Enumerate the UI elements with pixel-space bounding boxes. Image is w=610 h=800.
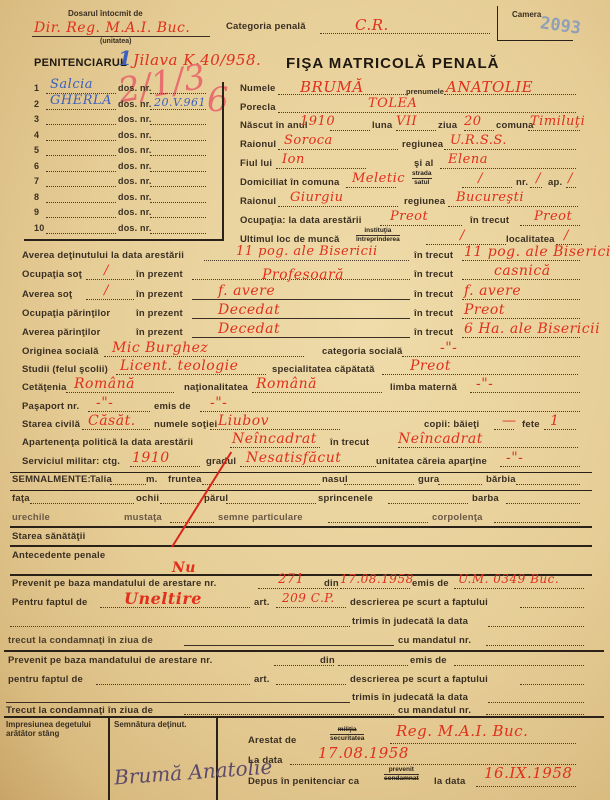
identity-domiciliu-comuna-line [346, 187, 396, 188]
fingerprint-box-divider [108, 716, 110, 800]
mandate2-din-label: din [320, 655, 335, 666]
social-origine-line [104, 356, 304, 357]
wealth-row-1-prezent[interactable]: Profesoară [262, 267, 344, 283]
social-militar-label: Serviciul militar: ctg. [22, 456, 120, 467]
social-sotie[interactable]: Liubov [218, 413, 269, 429]
identity-comuna[interactable]: Timiluţi [530, 114, 585, 129]
identity-si-al-label: şi al [414, 158, 434, 169]
semnalmente-line [30, 503, 134, 504]
mandate2-art-label: art. [254, 674, 270, 685]
social-gradul-line [240, 466, 376, 467]
wealth-row-2-trecut[interactable]: f. avere [464, 283, 521, 299]
dossier-number: 9 [34, 207, 39, 217]
wealth-row-3-trecut[interactable]: Preot [464, 302, 505, 318]
mandate1-emis-line [454, 588, 584, 589]
mandate1-faptul[interactable]: Uneltire [124, 589, 202, 608]
dossier-number: 4 [34, 130, 39, 140]
dossier-dos-line [150, 171, 206, 172]
dossier-dos-line [150, 155, 206, 156]
social-emis-line [200, 411, 580, 412]
numele-value[interactable]: BRUMĂ [300, 78, 364, 96]
social-politica-line [230, 447, 320, 448]
social-nationalitatea-line [252, 392, 382, 393]
social-studii-line [116, 374, 266, 375]
wealth-row-2-prezent[interactable]: f. avere [218, 283, 275, 299]
semnalmente-barbia: bărbia [486, 474, 516, 485]
social-fete-line [544, 429, 576, 430]
mandate1-din[interactable]: 17.08.1958 [340, 572, 414, 586]
wealth-row-0-trecut-line [462, 260, 580, 261]
dossier-dos-label: dos. nr. [118, 114, 152, 124]
mandate2-mandatul-label: cu mandatul nr. [398, 705, 471, 716]
identity-strada[interactable]: / [478, 171, 483, 186]
categoria-label: Categoria penală [226, 21, 306, 32]
dosar-label: Dosarul întocmit de [68, 9, 143, 18]
social-categoria-line [402, 356, 580, 357]
dossier-dos-label: dos. nr. [118, 130, 152, 140]
wealth-row-1-trecut-label: în trecut [414, 269, 453, 280]
wealth-row-4-prezent[interactable]: Decedat [218, 321, 280, 337]
identity-regiunea-line [444, 149, 576, 150]
semnalmente-line [388, 503, 468, 504]
social-specialitatea-line [382, 374, 578, 375]
identity-anul-line [330, 130, 370, 131]
margin-number-2: 6 [207, 80, 229, 120]
social-baieti-line [494, 429, 514, 430]
mandate2-mandatul-line [486, 714, 584, 715]
mandate1-descrierea-line [520, 607, 584, 608]
mandate1-trecut-line [184, 645, 394, 646]
social-unitatea-line [500, 466, 580, 467]
identity-mama-line [440, 168, 576, 169]
semnalmente-line [344, 484, 414, 485]
mandate1-art-line [276, 607, 346, 608]
porecla-label: Porecla [240, 102, 276, 113]
social-pasaport[interactable]: -"- [96, 395, 113, 411]
semnalmente-mustata: mustaţa [124, 512, 162, 523]
camera-label: Camera [512, 10, 541, 19]
social-ctg-line [130, 466, 200, 467]
depus-fraction: prevenit condamnat [384, 766, 419, 783]
mandate2-descrierea-label: descrierea pe scurt a faptului [350, 674, 488, 685]
semnalmente-parul: părul [204, 493, 228, 504]
semnalmente-urechile: urechile [12, 512, 50, 523]
identity-ocupatia-trecut-line [520, 225, 580, 226]
dossier-dos-label: dos. nr. [118, 176, 152, 186]
mandate1-blank-line [10, 626, 350, 627]
semnalmente-antecedente: Antecedente penale [12, 550, 105, 561]
impresiunea-label: Impresiunea degetului arătător stâng [6, 720, 110, 738]
wealth-row-2-trecut-label: în trecut [414, 289, 453, 300]
semnalmente-fata: faţa [12, 493, 30, 504]
wealth-row-2-label: Averea soţ [22, 289, 72, 300]
prevenit-label: prevenit [384, 766, 419, 775]
social-politica-trecut-label: în trecut [330, 437, 369, 448]
institutia-label: instituţia [356, 227, 400, 236]
identity-raionul-label: Raionul [240, 139, 276, 150]
social-pasaport-line [88, 411, 150, 412]
social-emis[interactable]: -"- [210, 395, 227, 411]
wealth-row-1-sot[interactable]: / [104, 263, 109, 278]
dossier-place-line [46, 233, 116, 234]
mandate2-din-line [338, 665, 408, 666]
semnalmente-line [494, 522, 580, 523]
semnalmente-line [170, 522, 214, 523]
social-limba-line [470, 392, 580, 393]
social-sotie-label: numele soţiei [154, 419, 217, 430]
wealth-row-4-trecut-label: în trecut [414, 327, 453, 338]
semnalmente-talia: Talia [90, 474, 112, 485]
social-starea-label: Starea civilă [22, 419, 80, 430]
porecla-line [278, 112, 576, 113]
social-starea[interactable]: Căsăt. [88, 413, 136, 429]
identity-strada-line [462, 187, 512, 188]
wealth-row-1-prezent-label: în prezent [136, 269, 183, 280]
mandate1-trecut-label: trecut la condamnaţi în ziua de [8, 635, 153, 646]
mandate1-art-label: art. [254, 597, 270, 608]
identity-raionul2-label: Raionul [240, 196, 276, 207]
categoria-underline [320, 33, 490, 34]
identity-regiunea-label: regiunea [402, 139, 443, 150]
dossier-place-line [46, 202, 116, 203]
arestat-label: Arestat de [248, 735, 296, 746]
social-politica-trecut[interactable]: Neîncadrat [398, 431, 483, 447]
dossier-dos-line [150, 217, 206, 218]
semnalmente-sanatate: Starea sănătăţii [12, 531, 85, 542]
satul-label: satul [412, 179, 432, 187]
mandate1-descrierea-label: descrierea pe scurt a faptului [350, 597, 488, 608]
wealth-row-4-trecut[interactable]: 6 Ha. ale Bisericii [464, 321, 600, 337]
dossier-box-bottom [24, 239, 224, 241]
identity-ap-label: ap. [548, 177, 562, 188]
social-limba-label: limba maternă [390, 382, 457, 393]
mandate2-blank-line [6, 702, 350, 703]
identity-ocupatia-line [380, 225, 462, 226]
mandate2-prevenit-label: Prevenit pe baza mandatului de arestare … [8, 655, 212, 666]
categoria-value[interactable]: C.R. [355, 16, 389, 34]
mandate1-trimis-line [488, 626, 584, 627]
mandate2-trimis-label: trimis în judecată la data [352, 692, 468, 703]
identity-tata-line [276, 168, 366, 169]
wealth-row-4-trecut-line [462, 337, 580, 338]
wealth-row-3-label: Ocupaţia părinţilor [22, 308, 110, 319]
social-politica[interactable]: Neîncadrat [232, 431, 317, 447]
semnalmente-barba: barba [472, 493, 499, 504]
social-emis-label: emis de [154, 401, 191, 412]
semnalmente-line [110, 484, 146, 485]
dossier-dos-label: dos. nr. [118, 99, 152, 109]
identity-tata[interactable]: Ion [282, 152, 305, 167]
dossier-number: 6 [34, 161, 39, 171]
social-specialitatea[interactable]: Preot [410, 358, 451, 374]
identity-fiul-label: Fiul lui [240, 158, 272, 169]
arestat-value[interactable]: Reg. M.A.I. Buc. [396, 722, 528, 740]
identity-nascut-label: Născut în anul [240, 120, 308, 131]
penitenciarul-label: PENITENCIARUL [34, 57, 127, 69]
mandate2-descrierea-line [520, 684, 584, 685]
dossier-number: 3 [34, 114, 39, 124]
social-cetatenia[interactable]: Română [74, 376, 135, 392]
identity-raionul2-line [278, 206, 398, 207]
semnalmente-fruntea: fruntea [168, 474, 202, 485]
social-baieti[interactable]: — [502, 413, 517, 429]
identity-ziua[interactable]: 20 [464, 114, 482, 129]
semnalmente-m: m. [146, 474, 158, 485]
dossier-dos-label: dos. nr. [118, 192, 152, 202]
porecla-value[interactable]: TOLEA [368, 96, 417, 111]
identity-ziua-line [464, 130, 494, 131]
identity-nr[interactable]: / [536, 171, 541, 186]
mandate1-emis[interactable]: U.M. 0349 Buc. [458, 572, 559, 586]
identity-regiunea2[interactable]: Bucureşti [456, 190, 524, 205]
identity-luna-line [396, 130, 436, 131]
dossier-dos-label: dos. nr. [118, 207, 152, 217]
wealth-row-1-sot-line [86, 279, 134, 280]
social-nationalitatea-label: naţionalitatea [184, 382, 248, 393]
antecedente-value[interactable]: Nu [172, 560, 196, 576]
mandate1-prevenit-label: Prevenit pe baza mandatului de arestare … [12, 578, 216, 589]
wealth-row-2-trecut-line [462, 299, 580, 300]
mandate1-trimis-label: trimis în judecată la data [352, 616, 468, 627]
dossier-place[interactable]: Salcia [50, 77, 93, 92]
identity-mama[interactable]: Elena [448, 152, 488, 167]
identity-ap[interactable]: / [568, 171, 573, 186]
social-limba[interactable]: -"- [476, 376, 493, 392]
semnalmente-line [516, 484, 580, 485]
mandate2-art-line [276, 684, 346, 685]
dosar-value[interactable]: Dir. Reg. M.A.I. Buc. [34, 20, 190, 36]
identity-domiciliu-comuna[interactable]: Meletic [352, 171, 405, 186]
social-unitatea-label: unitatea căreia aparţine [376, 456, 487, 467]
unitatea-label: (unitatea) [100, 38, 132, 45]
identity-ap-line [566, 187, 576, 188]
dossier-dos-label: dos. nr. [118, 161, 152, 171]
social-cetatenia-label: Cetăţenia [22, 382, 67, 393]
semnalmente-line [226, 503, 316, 504]
semnalmente-semne: semne particulare [218, 512, 303, 523]
identity-regiunea2-line [448, 206, 578, 207]
dossier-dos-value[interactable]: 20.V.961 [154, 96, 206, 109]
dossier-dos-line [150, 186, 206, 187]
mandate1-mandatul-label: cu mandatul nr. [398, 635, 471, 646]
wealth-row-3-trecut-line [462, 318, 580, 319]
wealth-row-4-prezent-label: în prezent [136, 327, 183, 338]
camera-stamp: 2093 [539, 13, 582, 39]
semnatura-label: Semnătura deţinut. [114, 720, 186, 729]
social-starea-line [82, 429, 150, 430]
social-unitatea[interactable]: -"- [506, 450, 523, 466]
semnalmente-title: SEMNALMENTE: [12, 474, 91, 485]
social-politica-trecut-line [398, 447, 578, 448]
wealth-row-4-prezent-line [192, 337, 410, 338]
page-title: FIŞA MATRICOLĂ PENALĂ [286, 55, 500, 72]
dossier-place-line [46, 109, 116, 110]
dossier-dos-line [150, 109, 206, 110]
identity-localitatea[interactable]: / [564, 228, 569, 243]
dossier-place-line [46, 124, 116, 125]
semn-rule-2 [10, 526, 592, 528]
intreprinderea-label: întreprinderea [356, 236, 400, 244]
strada-satul-fraction: stradasatul [412, 170, 432, 187]
wealth-row-2-prezent-line [192, 299, 410, 300]
arestat-fraction: miliţia securitatea [330, 726, 364, 743]
arestat-line [390, 743, 576, 744]
dossier-dos-line [150, 124, 206, 125]
dossier-place[interactable]: GHERLA [50, 93, 112, 108]
social-studii[interactable]: Licent. teologie [120, 358, 238, 374]
mandate2-emis-line [454, 665, 584, 666]
dossier-dos-line [150, 202, 206, 203]
social-origine-label: Originea socială [22, 346, 99, 357]
camera-box-bottom [497, 40, 573, 41]
dossier-place-line [46, 217, 116, 218]
identity-nr-line [530, 187, 542, 188]
social-pasaport-label: Paşaport nr. [22, 401, 79, 412]
dossier-dos-label: dos. nr. [118, 83, 152, 93]
mandate1-emis-label: emis de [412, 578, 449, 589]
depus-data-line [476, 786, 576, 787]
identity-nr-label: nr. [516, 177, 528, 188]
social-origine[interactable]: Mic Burghez [112, 340, 208, 356]
penitenciarul-mark: 1 [118, 46, 132, 70]
mandate1-mandatul-line [486, 645, 584, 646]
semnalmente-line [506, 503, 580, 504]
social-categoria-label: categoria socială [322, 346, 403, 357]
wealth-row-2-sot-line [86, 299, 134, 300]
identity-luna[interactable]: VII [396, 114, 417, 129]
social-politica-label: Apartenenţa politică la data arestării [22, 437, 193, 448]
mandate2-trecut-line [184, 714, 394, 715]
social-ctg[interactable]: 1910 [132, 450, 170, 466]
mandate-divider [4, 650, 604, 652]
semn-rule-1 [10, 490, 592, 491]
strada-label: strada [412, 170, 432, 179]
identity-domiciliat-label: Domiciliat în comuna [240, 177, 340, 188]
wealth-row-3-trecut-label: în trecut [414, 308, 453, 319]
numele-label: Numele [240, 83, 276, 94]
semnalmente-line [438, 484, 482, 485]
dossier-dos-label: dos. nr. [118, 145, 152, 155]
militar-rule [10, 472, 592, 473]
dossier-number: 2 [34, 99, 39, 109]
securitatea-label: securitatea [330, 735, 364, 743]
militia-label: miliţia [330, 726, 364, 735]
wealth-row-0-trecut[interactable]: 11 pog. ale Bisericii [464, 244, 610, 260]
social-studii-label: Studii (felul şcolii) [22, 364, 108, 375]
dossier-number: 7 [34, 176, 39, 186]
mandate2-emis-label: emis de [410, 655, 447, 666]
mandate1-nr[interactable]: 271 [278, 572, 304, 587]
dossier-place-line [46, 171, 116, 172]
identity-ocupatia-trecut-label: în trecut [470, 215, 509, 226]
identity-raionul2[interactable]: Giurgiu [290, 190, 343, 205]
wealth-row-1-trecut-line [462, 279, 580, 280]
depus-label: Depus în penitenciar ca [248, 776, 359, 787]
wealth-row-0-label: Averea deţinutului la data arestării [22, 250, 184, 261]
identity-ocupatia[interactable]: Preot [390, 209, 428, 224]
dossier-dos-line [150, 233, 206, 234]
mandate1-art[interactable]: 209 C.P. [282, 591, 335, 605]
wealth-row-0-prezent[interactable]: 11 pog. ale Bisericii [236, 244, 378, 259]
mandate1-din-label: din [324, 578, 339, 589]
depus-data-value[interactable]: 16.IX.1958 [484, 764, 572, 782]
dossier-number: 1 [34, 83, 39, 93]
identity-ultimul-loc[interactable]: / [460, 228, 465, 243]
footer-top-rule [4, 716, 604, 718]
wealth-row-0-prezent-line [204, 260, 409, 261]
condamnat-label: condamnat [384, 775, 419, 783]
semnalmente-ochii: ochii [136, 493, 159, 504]
dossier-number: 8 [34, 192, 39, 202]
semnalmente-line [202, 484, 320, 485]
semnalmente-sprincenele: sprincenele [318, 493, 373, 504]
dossier-dos-line [150, 140, 206, 141]
mandate2-faptul-line [96, 684, 250, 685]
social-nationalitatea[interactable]: Română [256, 376, 317, 392]
semnalmente-gura: gura [418, 474, 439, 485]
dossier-place-line [46, 155, 116, 156]
dossier-dos-label: dos. nr. [118, 223, 152, 233]
semnalmente-corpolenta: corpolenţa [432, 512, 483, 523]
identity-ziua-label: ziua [438, 120, 457, 131]
identity-anul[interactable]: 1910 [300, 114, 335, 129]
identity-luna-label: luna [372, 120, 392, 131]
social-fete[interactable]: 1 [550, 413, 559, 429]
wealth-row-3-prezent-line [192, 318, 410, 319]
wealth-row-2-sot[interactable]: / [104, 283, 109, 298]
identity-regiunea2-label: regiunea [404, 196, 445, 207]
la-data-label: La data [248, 755, 283, 766]
social-copii-label: copii: băieţi [424, 419, 479, 430]
social-fete-label: fete [522, 419, 540, 430]
social-cetatenia-line [66, 392, 174, 393]
wealth-row-0-trecut-label: în trecut [414, 250, 453, 261]
social-specialitatea-label: specialitatea căpătată [272, 364, 375, 375]
social-gradul[interactable]: Nesatisfăcut [246, 450, 341, 466]
identity-regiunea[interactable]: U.R.S.S. [450, 133, 507, 148]
wealth-row-4-label: Averea părinţilor [22, 327, 101, 338]
la-data-value[interactable]: 17.08.1958 [318, 744, 409, 762]
semnalmente-line [328, 522, 428, 523]
prenumele-value[interactable]: ANATOLIE [446, 78, 533, 96]
institutia-fraction: instituţiaîntreprinderea [356, 227, 400, 244]
wealth-row-1-label: Ocupaţia soţ [22, 269, 82, 280]
dossier-box-divider [222, 82, 224, 239]
identity-comuna-line [528, 130, 580, 131]
wealth-row-1-trecut[interactable]: casnică [494, 263, 551, 279]
wealth-row-3-prezent[interactable]: Decedat [218, 302, 280, 318]
prenumele-label: prenumele [406, 87, 444, 96]
dossier-number: 10 [34, 223, 44, 233]
wealth-row-3-prezent-label: în prezent [136, 308, 183, 319]
mandate1-faptul-label: Pentru faptul de [12, 597, 88, 608]
dossier-dos-line [150, 93, 206, 94]
semn-rule-3 [10, 545, 592, 547]
social-sotie-line [210, 429, 340, 430]
dossier-place-line [46, 186, 116, 187]
mandate2-faptul-label: pentru faptul de [8, 674, 83, 685]
mandate2-trimis-line [488, 702, 584, 703]
mandate2-trecut-label: Trecut la condamnaţi în ziua de [6, 705, 153, 716]
semnalmente-line [160, 503, 200, 504]
dossier-number: 5 [34, 145, 39, 155]
identity-ocupatia-trecut[interactable]: Preot [534, 209, 572, 224]
social-categoria[interactable]: -"- [440, 340, 457, 356]
camera-box-left [497, 6, 498, 40]
identity-ocupatia-label: Ocupaţia: la data arestării [240, 215, 362, 226]
dosar-underline [32, 36, 210, 37]
identity-raionul[interactable]: Soroca [284, 133, 333, 148]
